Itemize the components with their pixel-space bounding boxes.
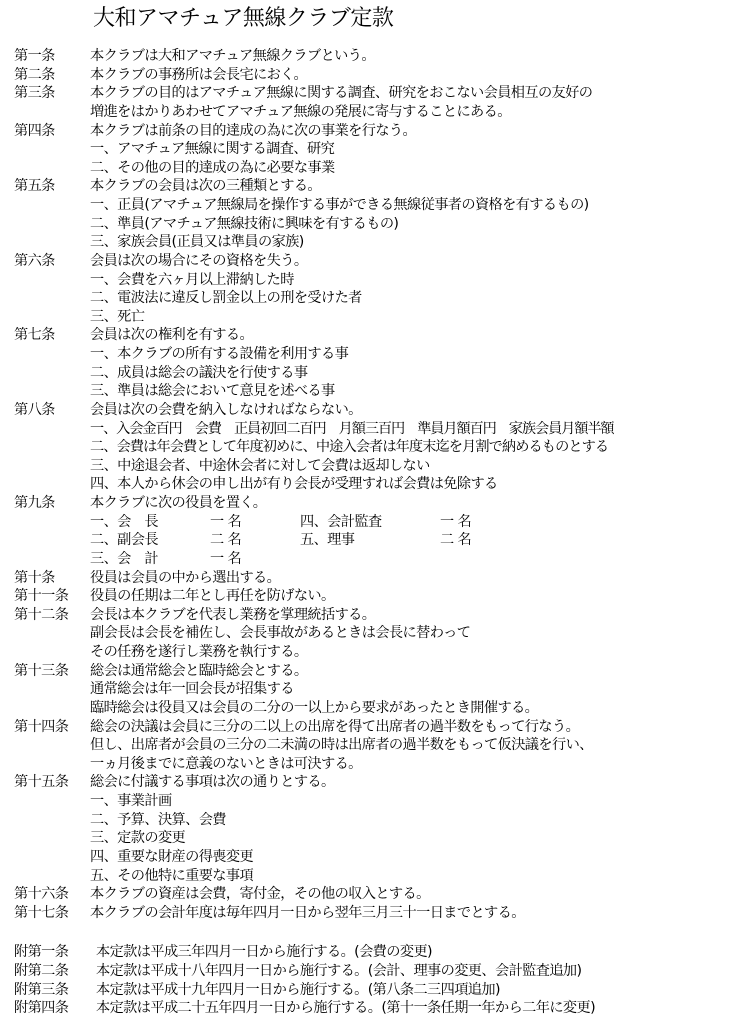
appendix-text: 本定款は平成十九年四月一日から施行する。(第八条二三四項追加) bbox=[96, 981, 500, 1000]
article-item: 一、事業計画 bbox=[90, 792, 172, 811]
article-label: 第十条 bbox=[14, 569, 55, 588]
article-4-item: 二、その他の目的達成の為に必要な事業 bbox=[0, 159, 745, 178]
article-6-item: 一、会費を六ヶ月以上滞納した時 bbox=[0, 271, 745, 290]
article-text: 通常総会は年一回会長が招集する bbox=[90, 680, 294, 699]
article-8: 第八条 会員は次の会費を納入しなければならない。 bbox=[0, 401, 745, 420]
article-text: その任務を遂行し業務を執行する。 bbox=[90, 643, 307, 662]
article-item: 二、その他の目的達成の為に必要な事業 bbox=[90, 159, 335, 178]
article-label: 第十六条 bbox=[14, 885, 68, 904]
article-12-cont: その任務を遂行し業務を執行する。 bbox=[0, 643, 745, 662]
article-5: 第五条 本クラブの会員は次の三種類とする。 bbox=[0, 177, 745, 196]
appendix-label: 附第二条 bbox=[14, 962, 68, 981]
article-text: 総会は通常総会と臨時総会とする。 bbox=[90, 662, 307, 681]
article-7-item: 一、本クラブの所有する設備を利用する事 bbox=[0, 345, 745, 364]
article-text: 会員は次の会費を納入しなければならない。 bbox=[90, 401, 362, 420]
article-4: 第四条 本クラブは前条の目的達成の為に次の事業を行なう。 bbox=[0, 122, 745, 141]
appendix-2: 附第二条 本定款は平成十八年四月一日から施行する。(会計、理事の変更、会計監査追… bbox=[0, 962, 745, 981]
appendix-text: 本定款は平成二十五年四月一日から施行する。(第十一条任期一年から二年に変更) bbox=[96, 999, 595, 1018]
document-title: 大和アマチュア無線クラブ定款 bbox=[93, 4, 393, 34]
article-item: 二、電波法に違反し罰金以上の刑を受けた者 bbox=[90, 289, 362, 308]
article-item: 三、家族会員(正員又は準員の家族) bbox=[90, 233, 304, 252]
article-item: 一、会費を六ヶ月以上滞納した時 bbox=[90, 271, 294, 290]
article-text: 但し、出席者が会員の三分の二未満の時は出席者の過半数をもって仮決議を行い、 bbox=[90, 736, 593, 755]
article-label: 第四条 bbox=[14, 122, 55, 141]
article-label: 第五条 bbox=[14, 177, 55, 196]
article-12: 第十二条 会長は本クラブを代表し業務を掌理統括する。 bbox=[0, 606, 745, 625]
article-7-item: 二、成員は総会の議決を行使する事 bbox=[0, 364, 745, 383]
article-text: 総会に付議する事項は次の通りとする。 bbox=[90, 773, 335, 792]
article-label: 第六条 bbox=[14, 252, 55, 271]
appendix-text: 本定款は平成三年四月一日から施行する。(会費の変更) bbox=[96, 943, 432, 962]
article-text: 会員は次の権利を有する。 bbox=[90, 326, 253, 345]
appendix-label: 附第三条 bbox=[14, 981, 68, 1000]
article-7-item: 三、準員は総会において意見を述べる事 bbox=[0, 382, 745, 401]
article-text: 本クラブの目的はアマチュア無線に関する調査、研究をおこない会員相互の友好の bbox=[90, 84, 592, 103]
officer-count: 一 名 bbox=[210, 513, 241, 532]
article-17: 第十七条 本クラブの会計年度は毎年四月一日から翌年三月三十一日までとする。 bbox=[0, 904, 745, 923]
article-text: 本クラブは前条の目的達成の為に次の事業を行なう。 bbox=[90, 122, 416, 141]
article-13: 第十三条 総会は通常総会と臨時総会とする。 bbox=[0, 662, 745, 681]
article-text: 会長は本クラブを代表し業務を掌理統括する。 bbox=[90, 606, 375, 625]
officer-count: 一 名 bbox=[210, 550, 241, 569]
article-5-item: 二、準員(アマチュア無線技術に興味を有するもの) bbox=[0, 215, 745, 234]
article-item: 四、本人から休会の申し出が有り会長が受理すれば会費は免除する bbox=[90, 475, 498, 494]
officer-role: 二、副会長 bbox=[90, 531, 158, 550]
article-12-cont: 副会長は会長を補佐し、会長事故があるときは会長に替わって bbox=[0, 624, 745, 643]
article-16: 第十六条 本クラブの資産は会費，寄付金，その他の収入とする。 bbox=[0, 885, 745, 904]
article-item: 二、予算、決算、会費 bbox=[90, 811, 226, 830]
article-item: 二、会費は年会費として年度初めに、中途入会者は年度末迄を月割で納めるものとする bbox=[90, 438, 608, 457]
article-label: 第八条 bbox=[14, 401, 55, 420]
appendix-label: 附第一条 bbox=[14, 943, 68, 962]
officer-count: 一 名 bbox=[440, 513, 471, 532]
article-13-cont: 臨時総会は役員又は会員の二分の一以上から要求があったとき開催する。 bbox=[0, 699, 745, 718]
appendix-label: 附第四条 bbox=[14, 999, 68, 1018]
article-label: 第十四条 bbox=[14, 718, 68, 737]
article-6: 第六条 会員は次の場合にその資格を失う。 bbox=[0, 252, 745, 271]
article-text: 総会の決議は会員に三分の二以上の出席を得て出席者の過半数をもって行なう。 bbox=[90, 718, 579, 737]
article-text: 副会長は会長を補佐し、会長事故があるときは会長に替わって bbox=[90, 624, 470, 643]
article-label: 第十一条 bbox=[14, 587, 68, 606]
article-item: 二、成員は総会の議決を行使する事 bbox=[90, 364, 307, 383]
article-text: 一ヵ月後までに意義のないときは可決する。 bbox=[90, 755, 362, 774]
appendix-text: 本定款は平成十八年四月一日から施行する。(会計、理事の変更、会計監査追加) bbox=[96, 962, 581, 981]
officer-row: 二、副会長 二 名 五、理事 二 名 bbox=[0, 531, 745, 550]
article-6-item: 三、死亡 bbox=[0, 308, 745, 327]
appendix-3: 附第三条 本定款は平成十九年四月一日から施行する。(第八条二三四項追加) bbox=[0, 981, 745, 1000]
article-text: 役員の任期は二年とし再任を防げない。 bbox=[90, 587, 335, 606]
article-14-cont: 一ヵ月後までに意義のないときは可決する。 bbox=[0, 755, 745, 774]
article-6-item: 二、電波法に違反し罰金以上の刑を受けた者 bbox=[0, 289, 745, 308]
article-label: 第十三条 bbox=[14, 662, 68, 681]
article-7: 第七条 会員は次の権利を有する。 bbox=[0, 326, 745, 345]
article-label: 第三条 bbox=[14, 84, 55, 103]
article-9: 第九条 本クラブに次の役員を置く。 bbox=[0, 494, 745, 513]
article-label: 第九条 bbox=[14, 494, 55, 513]
article-text: 増進をはかりあわせてアマチュア無線の発展に寄与することにある。 bbox=[90, 103, 511, 122]
article-15-item: 一、事業計画 bbox=[0, 792, 745, 811]
article-item: 五、その他特に重要な事項 bbox=[90, 867, 253, 886]
officer-row: 三、会 計 一 名 bbox=[0, 550, 745, 569]
article-text: 役員は会員の中から選出する。 bbox=[90, 569, 280, 588]
officer-role: 一、会 長 bbox=[90, 513, 158, 532]
article-item: 三、中途退会者、中途休会者に対して会費は返却しない bbox=[90, 457, 430, 476]
officer-count: 二 名 bbox=[210, 531, 241, 550]
article-10: 第十条 役員は会員の中から選出する。 bbox=[0, 569, 745, 588]
article-8-item: 一、入会金百円 会費 正員初回二百円 月額三百円 準員月額百円 家族会員月額半額 bbox=[0, 420, 745, 439]
article-text: 本クラブに次の役員を置く。 bbox=[90, 494, 266, 513]
article-text: 会員は次の場合にその資格を失う。 bbox=[90, 252, 307, 271]
article-text: 本クラブの会計年度は毎年四月一日から翌年三月三十一日までとする。 bbox=[90, 904, 525, 923]
article-3: 第三条 本クラブの目的はアマチュア無線に関する調査、研究をおこない会員相互の友好… bbox=[0, 84, 745, 103]
article-8-item: 四、本人から休会の申し出が有り会長が受理すれば会費は免除する bbox=[0, 475, 745, 494]
article-text: 臨時総会は役員又は会員の二分の一以上から要求があったとき開催する。 bbox=[90, 699, 538, 718]
articles-body: 第一条 本クラブは大和アマチュア無線クラブという。 第二条 本クラブの事務所は会… bbox=[0, 47, 745, 1018]
article-text: 本クラブの資産は会費，寄付金，その他の収入とする。 bbox=[90, 885, 430, 904]
article-item: 四、重要な財産の得喪変更 bbox=[90, 848, 253, 867]
article-11: 第十一条 役員の任期は二年とし再任を防げない。 bbox=[0, 587, 745, 606]
article-15-item: 五、その他特に重要な事項 bbox=[0, 867, 745, 886]
article-label: 第七条 bbox=[14, 326, 55, 345]
article-item: 三、準員は総会において意見を述べる事 bbox=[90, 382, 335, 401]
article-5-item: 三、家族会員(正員又は準員の家族) bbox=[0, 233, 745, 252]
article-label: 第十七条 bbox=[14, 904, 68, 923]
article-3-cont: 増進をはかりあわせてアマチュア無線の発展に寄与することにある。 bbox=[0, 103, 745, 122]
article-5-item: 一、正員(アマチュア無線局を操作する事ができる無線従事者の資格を有するもの) bbox=[0, 196, 745, 215]
article-label: 第二条 bbox=[14, 66, 55, 85]
article-text: 本クラブの会員は次の三種類とする。 bbox=[90, 177, 321, 196]
article-13-cont: 通常総会は年一回会長が招集する bbox=[0, 680, 745, 699]
article-14: 第十四条 総会の決議は会員に三分の二以上の出席を得て出席者の過半数をもって行なう… bbox=[0, 718, 745, 737]
article-15: 第十五条 総会に付議する事項は次の通りとする。 bbox=[0, 773, 745, 792]
article-text: 本クラブの事務所は会長宅におく。 bbox=[90, 66, 307, 85]
article-label: 第十五条 bbox=[14, 773, 68, 792]
officer-row: 一、会 長 一 名 四、会計監査 一 名 bbox=[0, 513, 745, 532]
officer-role: 四、会計監査 bbox=[300, 513, 382, 532]
article-item: 一、本クラブの所有する設備を利用する事 bbox=[90, 345, 348, 364]
appendix-4: 附第四条 本定款は平成二十五年四月一日から施行する。(第十一条任期一年から二年に… bbox=[0, 999, 745, 1018]
article-item: 一、入会金百円 会費 正員初回二百円 月額三百円 準員月額百円 家族会員月額半額 bbox=[90, 420, 614, 439]
article-2: 第二条 本クラブの事務所は会長宅におく。 bbox=[0, 66, 745, 85]
article-label: 第一条 bbox=[14, 47, 55, 66]
article-14-cont: 但し、出席者が会員の三分の二未満の時は出席者の過半数をもって仮決議を行い、 bbox=[0, 736, 745, 755]
article-item: 一、正員(アマチュア無線局を操作する事ができる無線従事者の資格を有するもの) bbox=[90, 196, 589, 215]
appendix-1: 附第一条 本定款は平成三年四月一日から施行する。(会費の変更) bbox=[0, 943, 745, 962]
article-item: 三、死亡 bbox=[90, 308, 144, 327]
officer-count: 二 名 bbox=[440, 531, 471, 550]
article-item: 二、準員(アマチュア無線技術に興味を有するもの) bbox=[90, 215, 398, 234]
officer-role: 三、会 計 bbox=[90, 550, 158, 569]
section-spacer bbox=[0, 922, 745, 943]
article-label: 第十二条 bbox=[14, 606, 68, 625]
article-4-item: 一、アマチュア無線に関する調査、研究 bbox=[0, 140, 745, 159]
article-text: 本クラブは大和アマチュア無線クラブという。 bbox=[90, 47, 375, 66]
article-1: 第一条 本クラブは大和アマチュア無線クラブという。 bbox=[0, 47, 745, 66]
article-15-item: 四、重要な財産の得喪変更 bbox=[0, 848, 745, 867]
article-item: 一、アマチュア無線に関する調査、研究 bbox=[90, 140, 334, 159]
article-8-item: 三、中途退会者、中途休会者に対して会費は返却しない bbox=[0, 457, 745, 476]
officer-role: 五、理事 bbox=[300, 531, 354, 550]
article-15-item: 三、定款の変更 bbox=[0, 829, 745, 848]
article-8-item: 二、会費は年会費として年度初めに、中途入会者は年度末迄を月割で納めるものとする bbox=[0, 438, 745, 457]
article-15-item: 二、予算、決算、会費 bbox=[0, 811, 745, 830]
article-item: 三、定款の変更 bbox=[90, 829, 185, 848]
